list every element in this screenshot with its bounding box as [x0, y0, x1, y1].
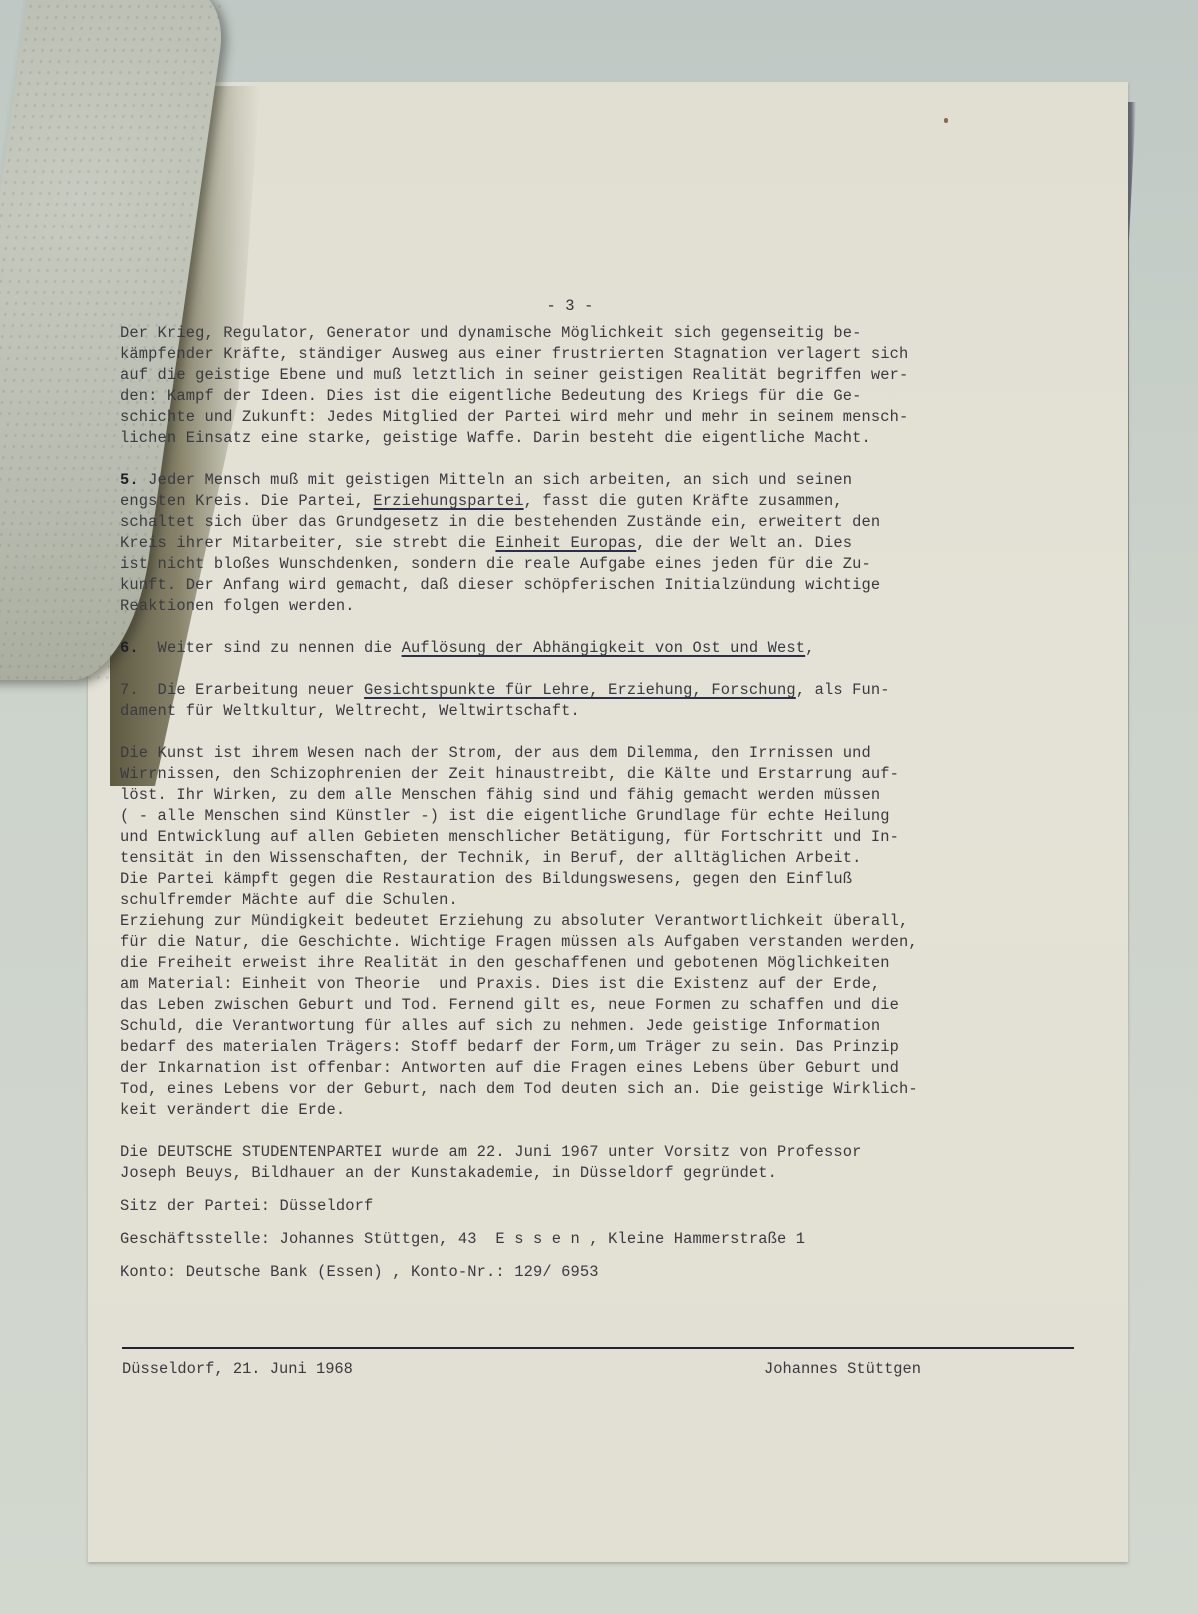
text-span: Weiter sind zu nennen die	[139, 639, 402, 657]
text-line: Die Partei kämpft gegen die Restauration…	[120, 869, 1080, 890]
text-line: schulfremder Mächte auf die Schulen.	[120, 890, 1080, 911]
underlined-term: Erziehungspartei	[373, 492, 523, 510]
bank-account: Konto: Deutsche Bank (Essen) , Konto-Nr.…	[120, 1262, 1080, 1283]
party-seat: Sitz der Partei: Düsseldorf	[120, 1196, 1080, 1217]
text-line: Reaktionen folgen werden.	[120, 596, 1080, 617]
founding-note: Die DEUTSCHE STUDENTENPARTEI wurde am 22…	[120, 1142, 1080, 1184]
text-line: Tod, eines Lebens vor der Geburt, nach d…	[120, 1079, 1080, 1100]
text-line: Die Kunst ist ihrem Wesen nach der Strom…	[120, 743, 1080, 764]
text-line: keit verändert die Erde.	[120, 1100, 1080, 1121]
text-line: Schuld, die Verantwortung für alles auf …	[120, 1016, 1080, 1037]
place-date: Düsseldorf, 21. Juni 1968	[122, 1360, 353, 1378]
office-address: Geschäftsstelle: Johannes Stüttgen, 43 E…	[120, 1229, 1080, 1250]
text-line: schichte und Zukunft: Jedes Mitglied der…	[120, 407, 1080, 428]
text-line: löst. Ihr Wirken, zu dem alle Menschen f…	[120, 785, 1080, 806]
text-line: den: Kampf der Ideen. Dies ist die eigen…	[120, 386, 1080, 407]
text-line: schaltet sich über das Grundgesetz in di…	[120, 512, 1080, 533]
point-7: 7. Die Erarbeitung neuer Gesichtspunkte …	[120, 680, 1080, 722]
text-line: auf die geistige Ebene und muß letztlich…	[120, 365, 1080, 386]
text-line: Der Krieg, Regulator, Generator und dyna…	[120, 323, 1080, 344]
document-body: - 3 - Der Krieg, Regulator, Generator un…	[120, 296, 1080, 1283]
text-span: , fasst die guten Kräfte zusammen,	[524, 492, 843, 510]
underlined-term: Auflösung der Abhängigkeit von Ost und W…	[402, 639, 806, 657]
point-5: 5. Jeder Mensch muß mit geistigen Mittel…	[120, 470, 1080, 617]
text-line: dament für Weltkultur, Weltrecht, Weltwi…	[120, 701, 1080, 722]
text-line: kunft. Der Anfang wird gemacht, daß dies…	[120, 575, 1080, 596]
text-line: der Inkarnation ist offenbar: Antworten …	[120, 1058, 1080, 1079]
text-line: ist nicht bloßes Wunschdenken, sondern d…	[120, 554, 1080, 575]
text-line: kämpfender Kräfte, ständiger Ausweg aus …	[120, 344, 1080, 365]
text-line: Wirrnissen, den Schizophrenien der Zeit …	[120, 764, 1080, 785]
text-line: tensität in den Wissenschaften, der Tech…	[120, 848, 1080, 869]
page-number: - 3 -	[60, 296, 1080, 317]
underlined-term: Gesichtspunkte für Lehre, Erziehung, For…	[364, 681, 796, 699]
text-line: lichen Einsatz eine starke, geistige Waf…	[120, 428, 1080, 449]
section-war: Der Krieg, Regulator, Generator und dyna…	[120, 323, 1080, 449]
section-art: Die Kunst ist ihrem Wesen nach der Strom…	[120, 743, 1080, 1121]
text-line: Joseph Beuys, Bildhauer an der Kunstakad…	[120, 1163, 1080, 1184]
text-line: bedarf des materialen Trägers: Stoff bed…	[120, 1037, 1080, 1058]
text-span: , die der Welt an. Dies	[636, 534, 852, 552]
text-span: Kreis ihrer Mitarbeiter, sie strebt die	[120, 534, 495, 552]
text-line: für die Natur, die Geschichte. Wichtige …	[120, 932, 1080, 953]
text-line: ( - alle Menschen sind Künstler -) ist d…	[120, 806, 1080, 827]
underlined-term: Einheit Europas	[495, 534, 636, 552]
point-6: 6. Weiter sind zu nennen die Auflösung d…	[120, 638, 1080, 659]
text-line: Jeder Mensch muß mit geistigen Mitteln a…	[139, 471, 852, 489]
text-span: ,	[805, 639, 814, 657]
point-number: 6.	[120, 639, 139, 657]
text-line: Erziehung zur Mündigkeit bedeutet Erzieh…	[120, 911, 1080, 932]
text-line: und Entwicklung auf allen Gebieten mensc…	[120, 827, 1080, 848]
text-span: , als Fun-	[796, 681, 890, 699]
text-span: Die Erarbeitung neuer	[139, 681, 364, 699]
point-number: 7.	[120, 681, 139, 699]
text-span: engsten Kreis. Die Partei,	[120, 492, 373, 510]
text-line: das Leben zwischen Geburt und Tod. Ferne…	[120, 995, 1080, 1016]
text-line: am Material: Einheit von Theorie und Pra…	[120, 974, 1080, 995]
text-line: Die DEUTSCHE STUDENTENPARTEI wurde am 22…	[120, 1142, 1080, 1163]
paper-stain	[944, 118, 948, 123]
point-number: 5.	[120, 471, 139, 489]
signatory: Johannes Stüttgen	[764, 1360, 921, 1378]
text-line: die Freiheit erweist ihre Realität in de…	[120, 953, 1080, 974]
signature-rule	[122, 1347, 1074, 1349]
